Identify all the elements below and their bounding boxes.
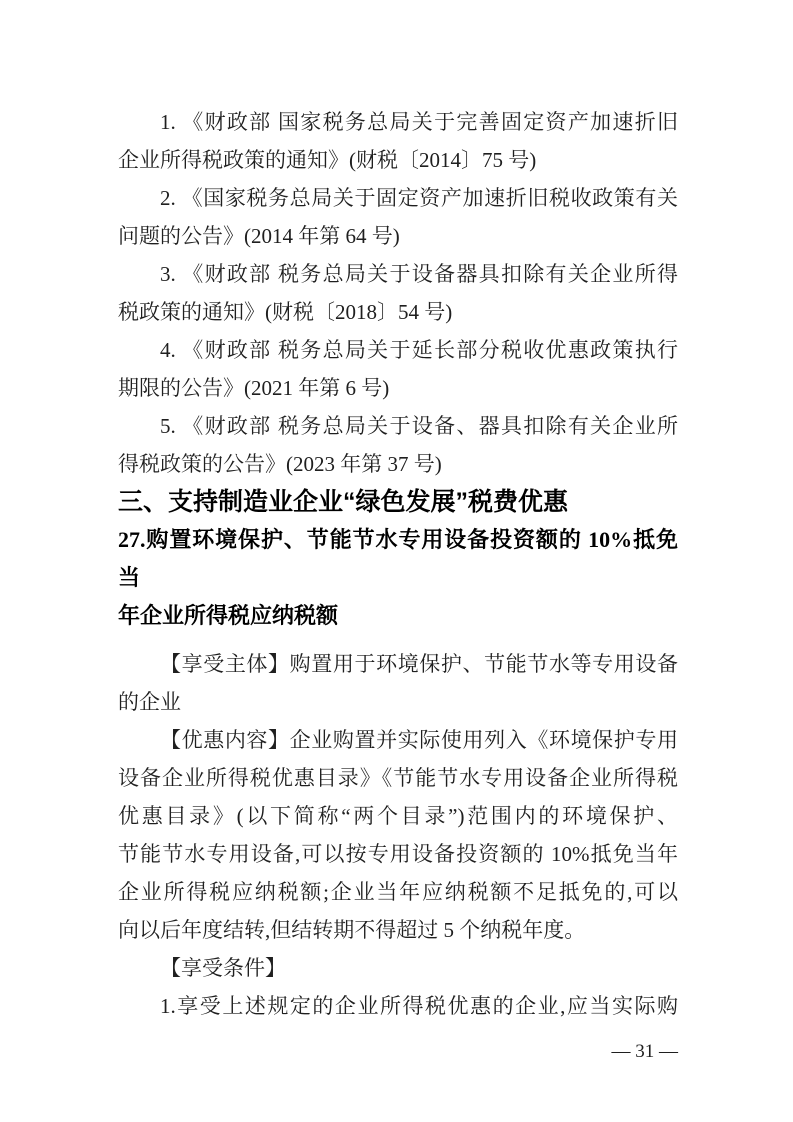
text-line: 4. 《财政部 税务总局关于延长部分税收优惠政策执行 xyxy=(118,331,678,369)
policy-reference-1: 1. 《财政部 国家税务总局关于完善固定资产加速折旧企业所得税政策的通知》(财税… xyxy=(118,103,678,179)
policy-reference-2: 2. 《国家税务总局关于固定资产加速折旧税收政策有关问题的公告》(2014 年第… xyxy=(118,179,678,255)
text-line: 企业所得税政策的通知》(财税〔2014〕75 号) xyxy=(118,141,678,179)
text-line: 得税政策的公告》(2023 年第 37 号) xyxy=(118,445,678,483)
policy-reference-5: 5. 《财政部 税务总局关于设备、器具扣除有关企业所得税政策的公告》(2023 … xyxy=(118,407,678,483)
text-line: 5. 《财政部 税务总局关于设备、器具扣除有关企业所 xyxy=(118,407,678,445)
text-line: 2. 《国家税务总局关于固定资产加速折旧税收政策有关 xyxy=(118,179,678,217)
text-line: 三、支持制造业企业“绿色发展”税费优惠 xyxy=(118,483,678,521)
text-line: 设备企业所得税优惠目录》《节能节水专用设备企业所得税 xyxy=(118,759,678,797)
benefit-content-paragraph: 【优惠内容】企业购置并实际使用列入《环境保护专用设备企业所得税优惠目录》《节能节… xyxy=(118,721,678,949)
text-line: 的企业 xyxy=(118,683,678,721)
text-line: 优惠目录》(以下简称“两个目录”)范围内的环境保护、 xyxy=(118,797,678,835)
text-line: 1. 《财政部 国家税务总局关于完善固定资产加速折旧 xyxy=(118,103,678,141)
text-line: 税政策的通知》(财税〔2018〕54 号) xyxy=(118,293,678,331)
text-line: 【优惠内容】企业购置并实际使用列入《环境保护专用 xyxy=(118,721,678,759)
text-line: 3. 《财政部 税务总局关于设备器具扣除有关企业所得 xyxy=(118,255,678,293)
page-number: — 31 — xyxy=(612,1038,679,1066)
text-line: 1.享受上述规定的企业所得税优惠的企业,应当实际购 xyxy=(118,987,678,1025)
condition-1-paragraph: 1.享受上述规定的企业所得税优惠的企业,应当实际购 xyxy=(118,987,678,1025)
text-line: 向以后年度结转,但结转期不得超过 5 个纳税年度。 xyxy=(118,911,678,949)
policy-reference-3: 3. 《财政部 税务总局关于设备器具扣除有关企业所得税政策的通知》(财税〔201… xyxy=(118,255,678,331)
conditions-heading-paragraph: 【享受条件】 xyxy=(118,949,678,987)
document-page: 1. 《财政部 国家税务总局关于完善固定资产加速折旧企业所得税政策的通知》(财税… xyxy=(0,0,793,1122)
text-line: 问题的公告》(2014 年第 64 号) xyxy=(118,217,678,255)
beneficiary-paragraph: 【享受主体】购置用于环境保护、节能节水等专用设备的企业 xyxy=(118,645,678,721)
text-line: 【享受条件】 xyxy=(118,949,678,987)
text-line: 27.购置环境保护、节能节水专用设备投资额的 10%抵免当 xyxy=(118,521,678,597)
text-line: 【享受主体】购置用于环境保护、节能节水等专用设备 xyxy=(118,645,678,683)
policy-reference-4: 4. 《财政部 税务总局关于延长部分税收优惠政策执行期限的公告》(2021 年第… xyxy=(118,331,678,407)
document-body: 1. 《财政部 国家税务总局关于完善固定资产加速折旧企业所得税政策的通知》(财税… xyxy=(118,103,678,1025)
text-line: 期限的公告》(2021 年第 6 号) xyxy=(118,369,678,407)
item-27-heading: 27.购置环境保护、节能节水专用设备投资额的 10%抵免当年企业所得税应纳税额 xyxy=(118,521,678,635)
text-line: 节能节水专用设备,可以按专用设备投资额的 10%抵免当年 xyxy=(118,835,678,873)
text-line: 企业所得税应纳税额;企业当年应纳税额不足抵免的,可以 xyxy=(118,873,678,911)
section-3-heading: 三、支持制造业企业“绿色发展”税费优惠 xyxy=(118,483,678,521)
text-line: 年企业所得税应纳税额 xyxy=(118,597,678,635)
